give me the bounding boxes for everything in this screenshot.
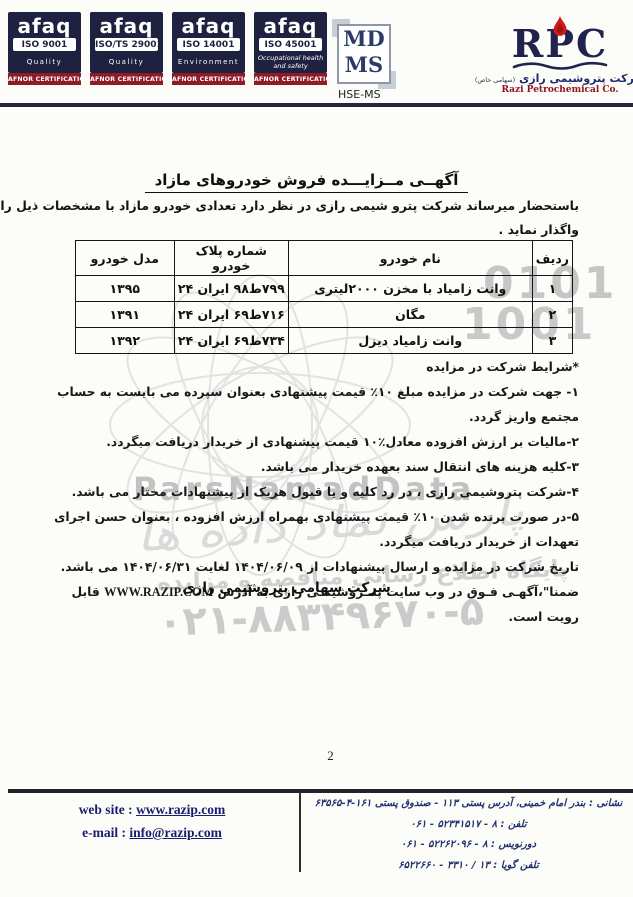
cert-box: afaq ISO 9001 Quality <box>8 12 81 73</box>
cell-plate-no: ۷۱۶ط۶۹ ایران ۲۴ <box>174 302 288 328</box>
col-header-model: مدل خودرو <box>75 241 174 276</box>
rpc-acronym: RPC <box>512 24 608 64</box>
mdms-icon: MD MS <box>337 24 391 84</box>
cell-model: ۱۳۹۲ <box>75 328 174 354</box>
cell-vehicle-name: وانت زامیاد با مخزن ۲۰۰۰لیتری <box>288 276 532 302</box>
condition-item-2: ۲-مالیات بر ارزش افزوده معادل٪۱۰ قیمت پی… <box>53 430 579 455</box>
company-signature: شرکت سهامی پتروشیمی رازی <box>0 580 573 596</box>
voice-phone-line: تلفن گویا : ۱۳ / ۳۳۱۰ - ۶۵۲۲۶۶۰ <box>312 856 625 877</box>
cert-logo-iso45001: afaq ISO 45001 Occupational health and s… <box>254 12 327 85</box>
rpc-persian-name-row: شرکت پتروشیمی رازی (سهامی خاص) <box>499 72 621 85</box>
website-label: web site : <box>79 802 133 817</box>
afnor-bar: AFNOR CERTIFICATION <box>254 73 327 85</box>
table-row: ۲ مگان ۷۱۶ط۶۹ ایران ۲۴ ۱۳۹۱ <box>75 302 572 328</box>
col-header-row-no: ردیف <box>532 241 572 276</box>
cell-vehicle-name: مگان <box>288 302 532 328</box>
vehicle-table: ردیف نام خودرو شماره پلاک خودرو مدل خودر… <box>75 240 573 354</box>
footer-divider <box>8 789 633 793</box>
afaq-logo-text: afaq <box>10 15 79 37</box>
intro-line-2: واگذار نماید . <box>499 222 579 237</box>
cell-model: ۱۳۹۱ <box>75 302 174 328</box>
page-number: 2 <box>0 748 633 764</box>
hse-ms-label: HSE-MS <box>337 88 391 101</box>
cell-vehicle-name: وانت زامیاد دیزل <box>288 328 532 354</box>
col-header-vehicle-name: نام خودرو <box>288 241 532 276</box>
iso-label: ISO 9001 <box>13 38 76 51</box>
table-row: ۳ وانت زامیاد دیزل ۷۳۴ط۶۹ ایران ۲۴ ۱۳۹۲ <box>75 328 572 354</box>
mdms-line2: MS <box>339 52 389 78</box>
condition-item-5: ۵-در صورت برنده شدن ۱۰٪ قیمت پیشنهادی به… <box>53 505 579 555</box>
rpc-persian-name: شرکت پتروشیمی رازی <box>519 72 633 85</box>
cert-box: afaq ISO/TS 29001 Quality <box>90 12 163 73</box>
rpc-company-logo: RPC شرکت پتروشیمی رازی (سهامی خاص) Razi … <box>499 6 621 95</box>
afnor-bar: AFNOR CERTIFICATION <box>172 73 245 85</box>
header-divider <box>0 103 633 107</box>
scanned-auction-notice-page: afaq ISO 9001 Quality AFNOR CERTIFICATIO… <box>0 0 633 897</box>
cert-logo-isots29001: afaq ISO/TS 29001 Quality AFNOR CERTIFIC… <box>90 12 163 85</box>
rpc-company-type: (سهامی خاص) <box>475 76 515 85</box>
afaq-logo-text: afaq <box>174 15 243 37</box>
iso-label: ISO 14001 <box>177 38 240 51</box>
table-header-row: ردیف نام خودرو شماره پلاک خودرو مدل خودر… <box>75 241 572 276</box>
col-header-plate-no: شماره پلاک خودرو <box>174 241 288 276</box>
email-link[interactable]: info@razip.com <box>129 825 221 840</box>
document-content: آگهــی مــزایـــده فروش خودروهای مازاد ب… <box>0 0 633 897</box>
iso-label: ISO 45001 <box>259 38 322 51</box>
footer-vertical-divider <box>299 792 301 872</box>
cell-model: ۱۳۹۵ <box>75 276 174 302</box>
intro-line-1: باستحضار میرساند شرکت پترو شیمی رازی در … <box>0 198 579 213</box>
website-link[interactable]: www.razip.com <box>136 802 225 817</box>
phone-line: تلفن : ۸ - ۵۲۳۴۱۵۱۷ - ۰۶۱ <box>312 815 625 836</box>
footer-contact-web: web site : www.razip.com e-mail : info@r… <box>18 798 286 844</box>
email-row: e-mail : info@razip.com <box>18 821 286 844</box>
cell-row-no: ۲ <box>532 302 572 328</box>
cert-logo-iso14001: afaq ISO 14001 Environment AFNOR CERTIFI… <box>172 12 245 85</box>
afaq-logo-text: afaq <box>92 15 161 37</box>
mdms-logo: MD MS HSE-MS <box>337 24 391 101</box>
cert-logo-iso9001: afaq ISO 9001 Quality AFNOR CERTIFICATIO… <box>8 12 81 85</box>
cell-row-no: ۳ <box>532 328 572 354</box>
cert-category: Environment <box>174 52 243 73</box>
cert-box: afaq ISO 14001 Environment <box>172 12 245 73</box>
certification-logos: afaq ISO 9001 Quality AFNOR CERTIFICATIO… <box>8 12 327 85</box>
page-title: آگهــی مــزایـــده فروش خودروهای مازاد <box>145 171 469 193</box>
iso-label: ISO/TS 29001 <box>95 38 158 51</box>
table-row: ۱ وانت زامیاد با مخزن ۲۰۰۰لیتری ۷۹۹ط۹۸ ا… <box>75 276 572 302</box>
condition-item-1: ۱- جهت شرکت در مزایده مبلغ ۱۰٪ قیمت پیشن… <box>53 380 579 430</box>
cert-category: Quality <box>10 52 79 73</box>
afaq-logo-text: afaq <box>256 15 325 37</box>
condition-item-3: ۳-کلیه هزینه های انتقال سند بعهده خریدار… <box>53 455 579 480</box>
afnor-bar: AFNOR CERTIFICATION <box>8 73 81 85</box>
cell-row-no: ۱ <box>532 276 572 302</box>
title-wrap: آگهــی مــزایـــده فروش خودروهای مازاد <box>0 170 613 193</box>
fax-line: دورنویس : ۸ - ۵۲۲۶۲۰۹۶ - ۰۶۱ <box>312 835 625 856</box>
cert-category: Quality <box>92 52 161 73</box>
rpc-english-name: Razi Petrochemical Co. <box>499 85 621 95</box>
email-label: e-mail : <box>82 825 126 840</box>
cert-box: afaq ISO 45001 Occupational health and s… <box>254 12 327 73</box>
auction-date-line: تاریخ شرکت در مزایده و ارسال پیشنهادات ا… <box>53 555 579 580</box>
conditions-title: *شرایط شرکت در مزایده <box>53 355 579 380</box>
cell-plate-no: ۷۳۴ط۶۹ ایران ۲۴ <box>174 328 288 354</box>
condition-item-4: ۴-شرکت پتروشیمی رازی ، در رد کلیه و یا ق… <box>53 480 579 505</box>
address-line: نشانی : بندر امام خمینی، آدرس پستی ۱۱۳ -… <box>312 794 625 815</box>
cert-category: Occupational health and safety <box>256 52 325 73</box>
mdms-line1: MD <box>339 26 389 52</box>
footer-contact-address: نشانی : بندر امام خمینی، آدرس پستی ۱۱۳ -… <box>312 794 625 876</box>
afnor-bar: AFNOR CERTIFICATION <box>90 73 163 85</box>
website-row: web site : www.razip.com <box>18 798 286 821</box>
cell-plate-no: ۷۹۹ط۹۸ ایران ۲۴ <box>174 276 288 302</box>
flame-icon <box>550 7 570 47</box>
